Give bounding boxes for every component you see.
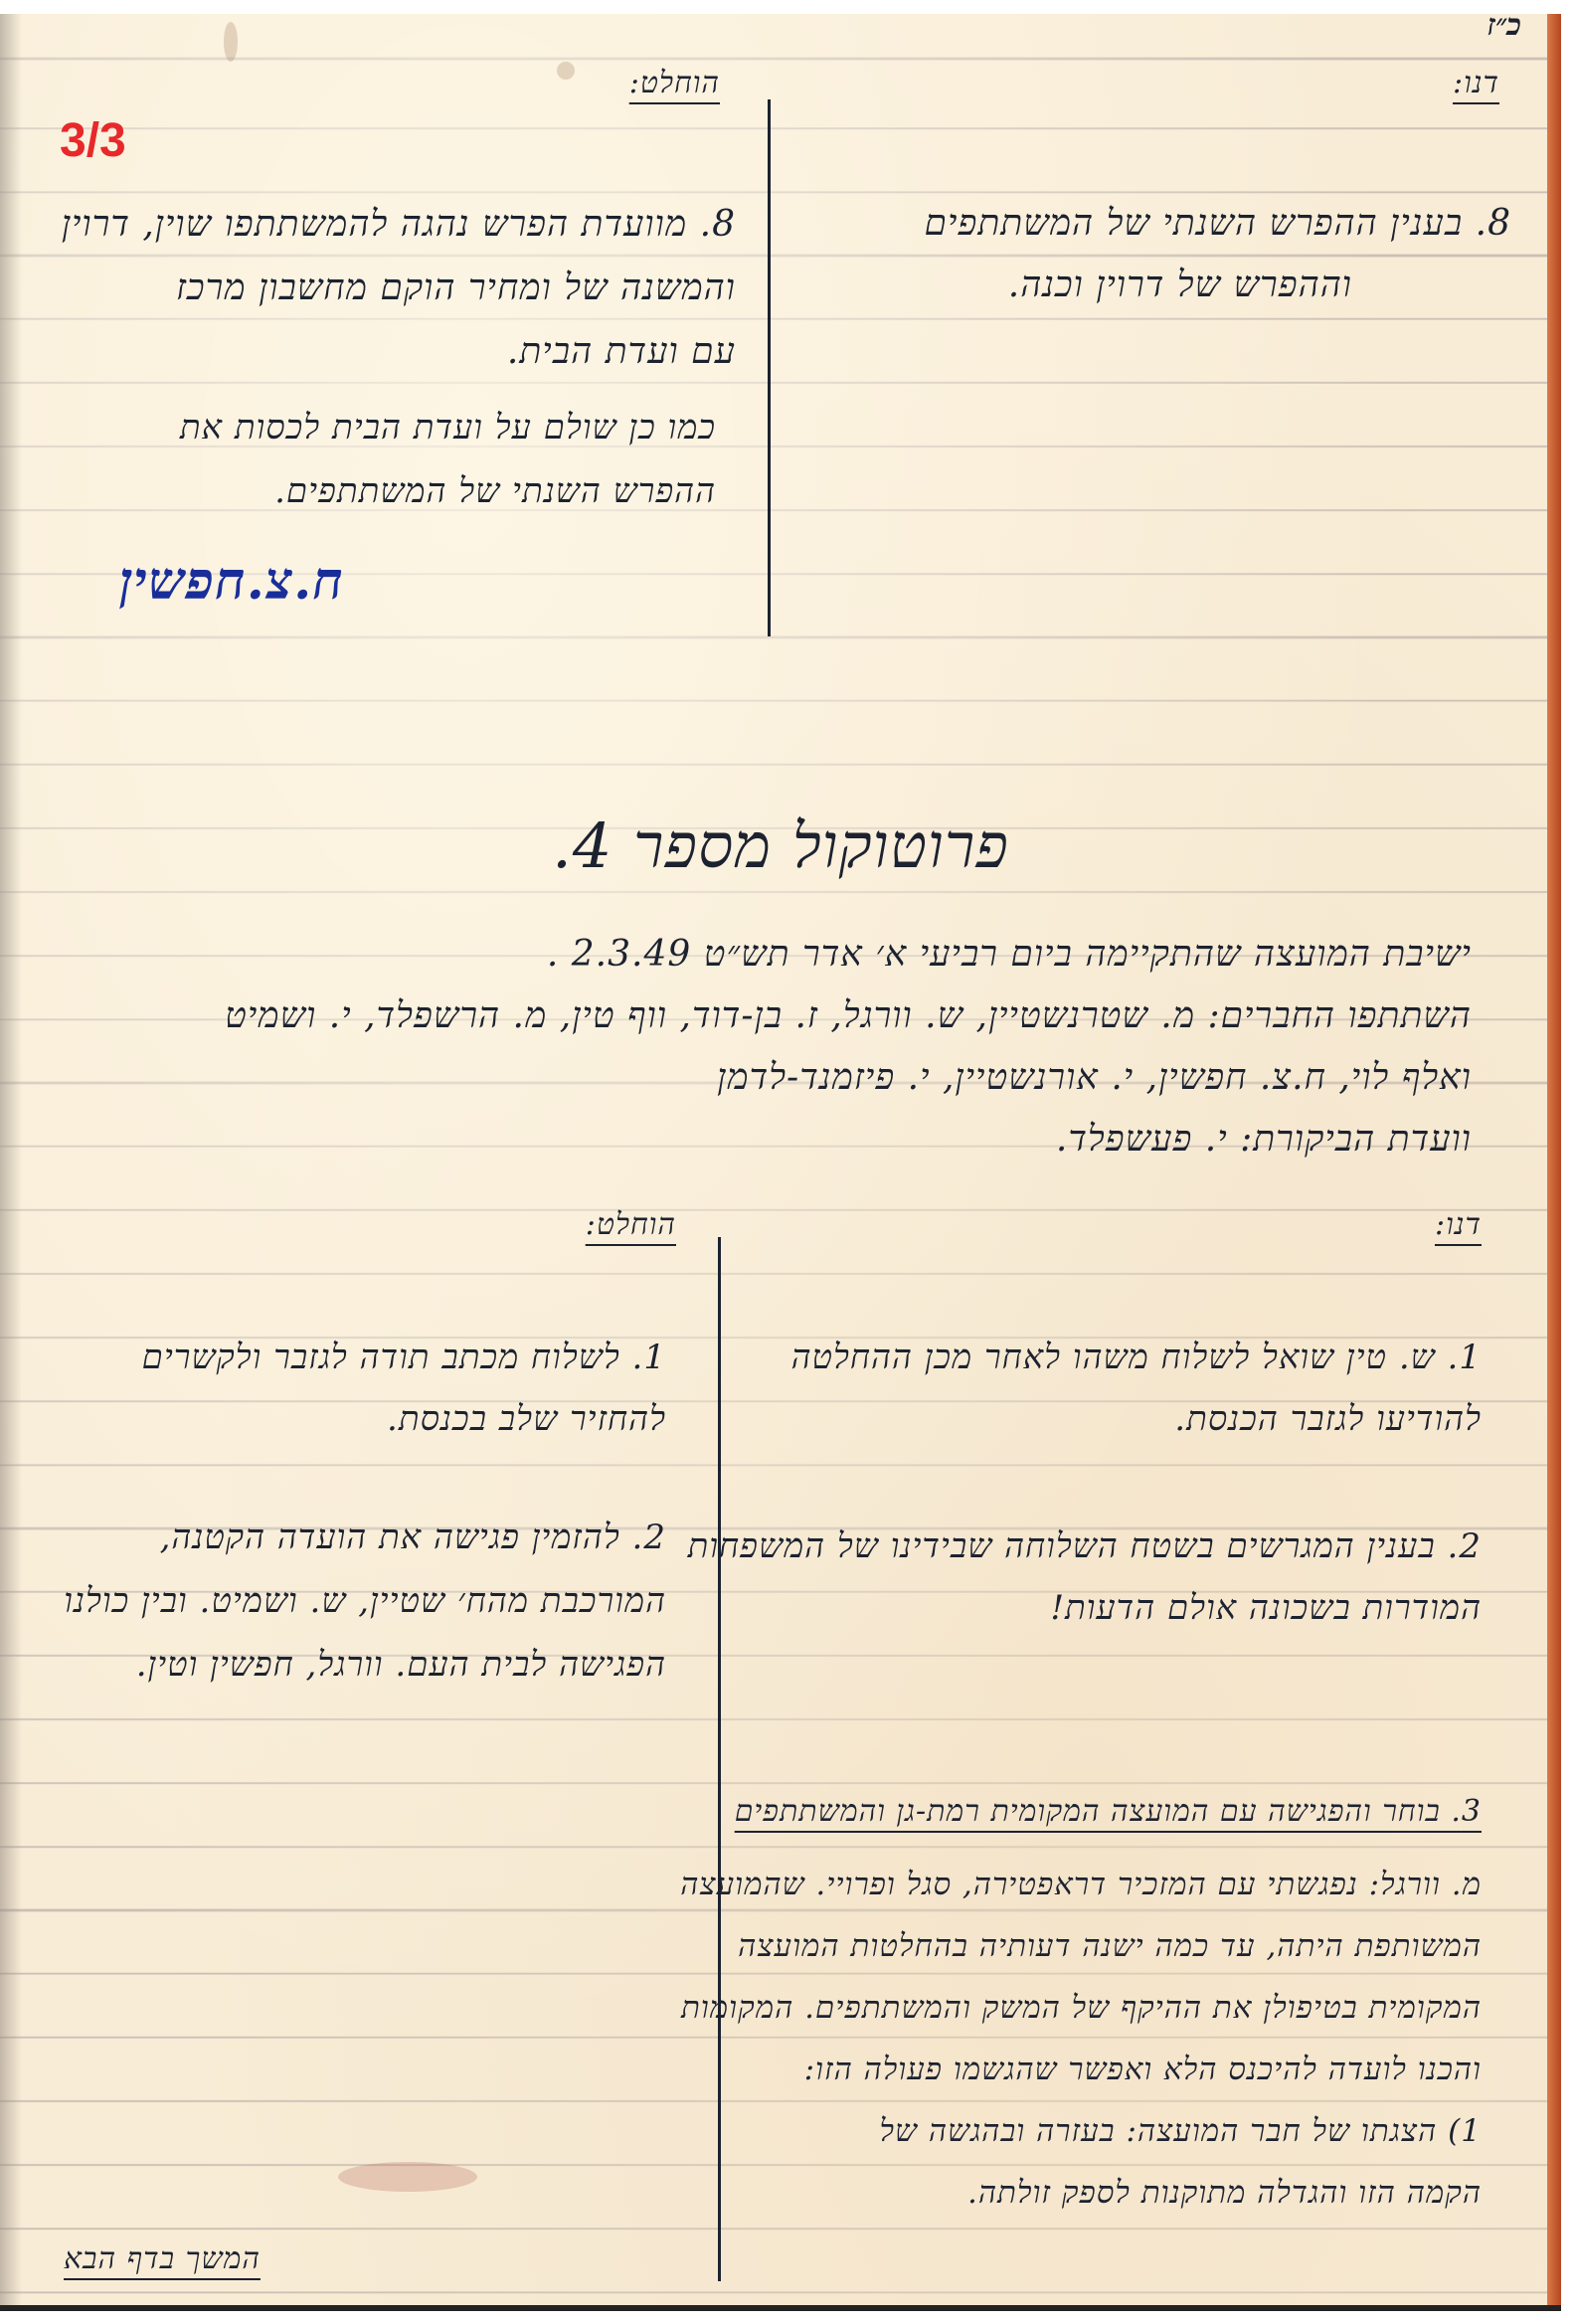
top-discussed-item-8: 8. בענין ההפרש השנתי של המשתתפים וההפרש … [925, 193, 1511, 316]
discussed-header: דנו: [1435, 1207, 1482, 1242]
discussed-item-2: 2. בענין המגרשים בשטח השלוחה שבידינו של … [688, 1516, 1482, 1639]
top-decided-item-8: 8. מוועדת הפרש נהגה להמשתתפו שוין, דרוין… [62, 193, 736, 384]
top-note: כמו כן שולם על ועדת הבית לכסות את ההפרש … [180, 396, 716, 523]
stain [338, 2162, 477, 2192]
discussed-item-1: 1. ש. טין שואל לשלוח משהו לאחר מכן ההחלט… [791, 1327, 1482, 1450]
binding-shadow [0, 14, 22, 2311]
continuation-note: המשך בדף הבא [64, 2241, 261, 2276]
stain [224, 22, 238, 62]
page-bottom-edge [0, 2305, 1561, 2311]
top-discussed-header: דנו: [1453, 66, 1499, 100]
top-decided-header: הוחלט: [629, 66, 720, 100]
page-marker: 3/3 [60, 113, 126, 168]
page-number: כ״ז [1487, 14, 1521, 43]
discussed-item-3-heading: 3. בוחר והפגישה עם המועצה המקומית רמת-גן… [735, 1794, 1482, 1829]
page-edge [1547, 14, 1561, 2311]
top-column-divider [768, 99, 771, 636]
decided-item-2: 2. להזמין פגישה את הועדה הקטנה, המורכבת … [64, 1506, 666, 1697]
stain [557, 62, 575, 80]
decided-header: הוחלט: [586, 1207, 676, 1242]
signature: ח.צ.חפשין [119, 551, 344, 612]
protocol-intro: ישיבת המועצה שהתקיימה ביום רביעי א׳ אדר … [225, 924, 1472, 1170]
decided-item-1: 1. לשלוח מכתב תודה לגזבר ולקשרים להחזיר … [142, 1327, 666, 1450]
discussed-item-3-body: מ. וורגל: נפגשתי עם המזכיר דראפטירה, סגל… [680, 1854, 1482, 2224]
protocol-title: פרוטוקול מספר 4. [0, 809, 1561, 883]
notebook-page: כ״ז 3/3 דנו: הוחלט: 8. בענין ההפרש השנתי… [0, 14, 1561, 2311]
